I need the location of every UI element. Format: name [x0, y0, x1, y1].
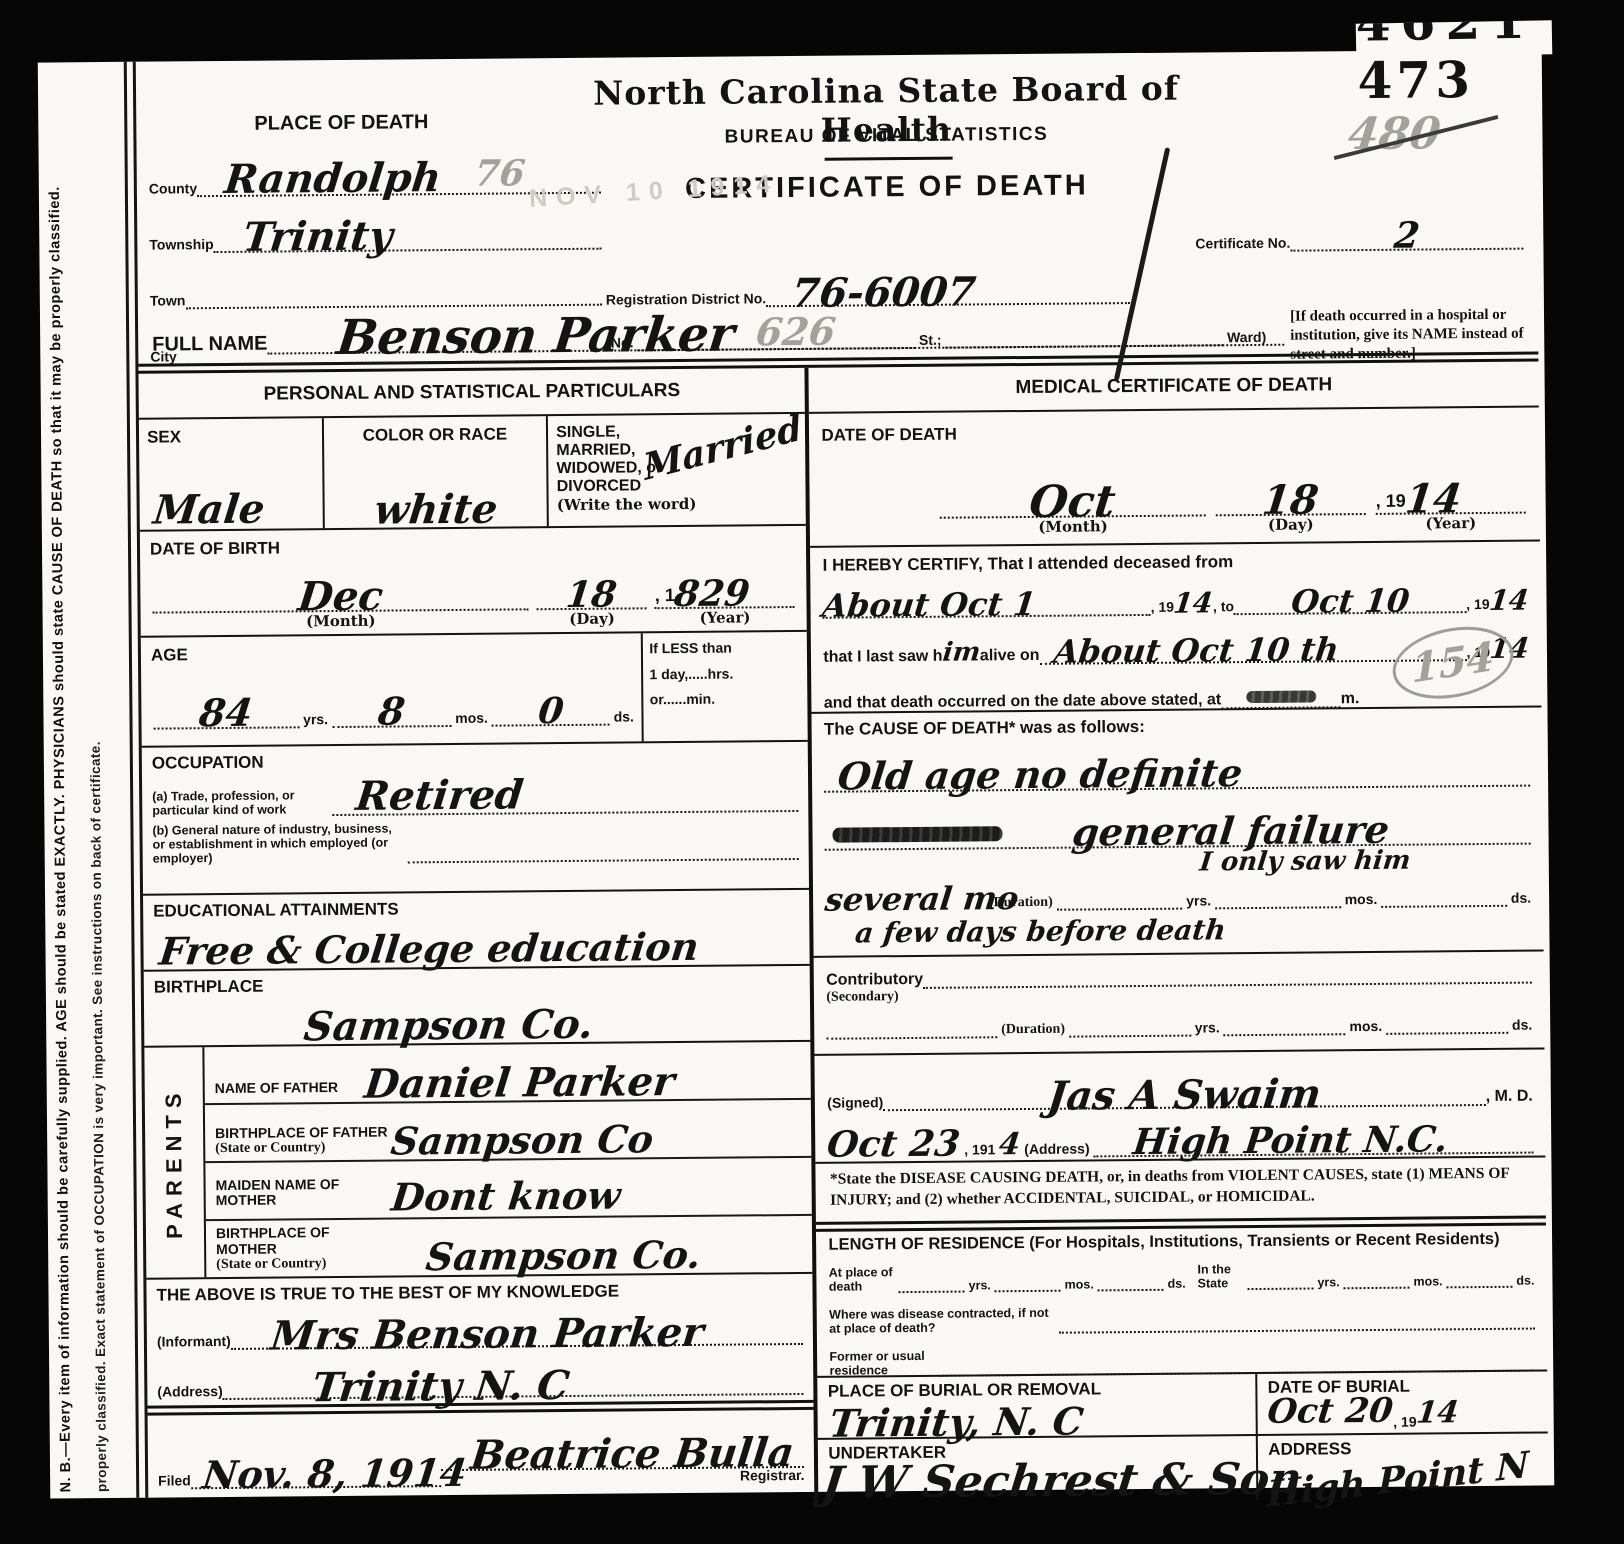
at-place-label: At place of death — [829, 1266, 895, 1295]
education-row: EDUCATIONAL ATTAINMENTS Free & College e… — [143, 890, 810, 972]
undertaker-cell: UNDERTAKER J W Sechrest & Son — [818, 1436, 1256, 1504]
sex-label: SEX — [147, 426, 314, 446]
certificate-no-line: 2 — [1290, 214, 1523, 252]
parents-rows: NAME OF FATHER Daniel Parker BIRTHPLACE … — [204, 1042, 812, 1277]
parents-section: PARENTS NAME OF FATHER Daniel Parker BIR… — [144, 1042, 812, 1280]
struck-out-word — [833, 826, 1003, 842]
father-name-row: NAME OF FATHER Daniel Parker — [204, 1042, 811, 1105]
birthplace-value: Sampson Co. — [302, 1001, 596, 1051]
burial-date-cell: DATE OF BURIAL Oct 20 , 19 14 — [1256, 1371, 1548, 1434]
contracted-label: Where was disease contracted, if not at … — [829, 1306, 1059, 1336]
attended-from-line: About Oct 1 — [823, 584, 1151, 619]
bureau-rule — [825, 157, 953, 161]
full-name-label: FULL NAME — [152, 332, 267, 355]
full-name-value: Benson Parker — [334, 306, 737, 366]
md-label: , M. D. — [1486, 1088, 1533, 1106]
father-state-country-label: (State or Country) — [215, 1140, 391, 1157]
cause-dur-fill2 — [1215, 906, 1341, 909]
from-year-prefix: , 19 — [1151, 600, 1174, 616]
dob-year: 829 — [672, 572, 752, 615]
date-of-death-row: DATE OF DEATH Oct (Month) 18 ( — [809, 408, 1540, 548]
last-saw-hw: im — [941, 637, 982, 667]
township-value: Trinity — [241, 212, 395, 260]
contrib-fill3 — [1386, 1031, 1508, 1034]
age-row: AGE 84 yrs. 8 mos. 0 ds. If LESS than 1 … — [141, 632, 808, 748]
dod-month-line: Oct — [940, 475, 1206, 518]
attest-section: THE ABOVE IS TRUE TO THE BEST OF MY KNOW… — [146, 1274, 813, 1406]
cause-note-1: I only saw him — [1198, 846, 1412, 878]
dob-month-line: Dec — [152, 571, 529, 613]
page-number: 473 — [1357, 50, 1474, 110]
cause-dur-yrs: yrs. — [1186, 894, 1211, 910]
personal-column: PERSONAL AND STATISTICAL PARTICULARS SEX… — [138, 368, 814, 1510]
place-of-death-label: PLACE OF DEATH — [254, 111, 428, 135]
dob-year-cell: , 1 829 (Year) — [655, 572, 795, 627]
cause-dur-ds: ds. — [1511, 891, 1531, 907]
sex-cell: SEX Male — [139, 418, 325, 530]
contributory-duration-row: (Duration) yrs. mos. ds. — [826, 999, 1532, 1039]
informant-value: Mrs Benson Parker — [268, 1309, 706, 1360]
dod-day-cell: 18 (Day) — [1215, 476, 1365, 534]
certificate-no-value: 2 — [1392, 215, 1422, 257]
left-margin: N. B.—Every item of information should b… — [38, 62, 135, 1499]
dob-day-line: 18 — [537, 573, 647, 610]
attended-to-line: Oct 10 — [1234, 581, 1467, 615]
informant-address-line: Trinity N. C — [222, 1360, 803, 1400]
dod-year: 14 — [1403, 475, 1464, 523]
to-word: , to — [1213, 600, 1234, 616]
cause-dur-fill1 — [1057, 908, 1183, 911]
cause-dur-mos: mos. — [1345, 892, 1378, 908]
res-mos1: mos. — [1065, 1278, 1094, 1292]
father-birthplace-label: BIRTHPLACE OF FATHER — [215, 1124, 391, 1141]
sign-date-value: Oct 23 — [825, 1123, 962, 1166]
signed-section: (Signed) Jas A Swaim , M. D. Oct 23 , 19… — [815, 1049, 1546, 1163]
sign-year-value: 4 — [997, 1127, 1022, 1162]
dod-day: 18 — [1260, 476, 1321, 524]
ink-scribble — [1246, 690, 1316, 703]
mother-birthplace-labels: BIRTHPLACE OF MOTHER (State or Country) — [216, 1225, 392, 1278]
or-min-label: or......min. — [650, 691, 802, 708]
occupation-a-row: (a) Trade, profession, or particular kin… — [152, 769, 799, 818]
birthplace-row: BIRTHPLACE Sampson Co. — [144, 966, 811, 1048]
cause-note-2: a few days before death — [854, 913, 1228, 949]
yrs-label: yrs. — [303, 712, 328, 728]
attended-to-value: Oct 10 — [1289, 582, 1411, 621]
cause-duration-line: several mo (Duration) yrs. mos. ds. — [825, 875, 1531, 913]
date-of-death-label: DATE OF DEATH — [821, 425, 957, 445]
cause-line-1: Old age no definite — [824, 733, 1530, 793]
one-day-label: 1 day,.....hrs. — [649, 666, 801, 683]
last-saw-value: About Oct 10 th — [1051, 630, 1340, 671]
if-less-cell: If LESS than 1 day,.....hrs. or......min… — [641, 632, 808, 741]
contrib-ds: ds. — [1512, 1018, 1532, 1034]
dod-month: Oct — [1027, 476, 1118, 528]
contributory-label: Contributory — [826, 971, 923, 990]
dod-year-cell: , 19 14 (Year) — [1375, 475, 1525, 533]
res-ds1: ds. — [1168, 1277, 1186, 1291]
mother-birthplace-label: BIRTHPLACE OF MOTHER — [216, 1225, 392, 1258]
father-birthplace-row: BIRTHPLACE OF FATHER (State or Country) … — [205, 1100, 812, 1163]
burial-year-prefix: , 19 — [1393, 1415, 1416, 1431]
father-name-value: Daniel Parker — [362, 1058, 677, 1108]
margin-note-inner: properly classified. Exact statement of … — [82, 68, 109, 1492]
occupation-b-label: (b) General nature of industry, business… — [152, 821, 407, 865]
cause-line-2: general failure — [825, 787, 1531, 851]
certify-section: I HEREBY CERTIFY, That I attended deceas… — [810, 541, 1541, 713]
undertaker-address-cell: ADDRESS High Point N — [1256, 1433, 1548, 1500]
residence-row-1: At place of death yrs. mos. ds. In the S… — [829, 1248, 1535, 1294]
parents-vertical-label: PARENTS — [144, 1047, 206, 1278]
res-yrs2: yrs. — [1317, 1276, 1339, 1290]
burial-place-cell: PLACE OF BURIAL OR REMOVAL Trinity, N. C — [818, 1374, 1256, 1438]
contracted-row: Where was disease contracted, if not at … — [829, 1288, 1535, 1336]
certificate-no-label: Certificate No. — [1195, 236, 1290, 252]
informant-line: Mrs Benson Parker — [231, 1308, 804, 1350]
registrar-cell: Beatrice Bulla Registrar. — [440, 1429, 804, 1487]
cause-duration-block: I only saw him several mo (Duration) yrs… — [825, 845, 1531, 917]
marital-note: (Write the word) — [557, 494, 798, 514]
to-year-prefix: , 19 — [1466, 597, 1489, 613]
mother-name-label: MAIDEN NAME OF MOTHER — [216, 1176, 392, 1219]
cause-duration-value: several mo — [823, 879, 1021, 919]
death-occurred-label: and that death occurred on the date abov… — [824, 691, 1222, 712]
footnote: *State the DISEASE CAUSING DEATH, or, in… — [816, 1157, 1546, 1221]
burial-date-value: Oct 20 — [1266, 1391, 1396, 1432]
dob-month: Dec — [296, 573, 386, 621]
margin-note-outer: N. B.—Every item of information should b… — [46, 68, 74, 1492]
signed-label: (Signed) — [827, 1096, 883, 1112]
marital-value: Married — [640, 406, 803, 489]
occupation-b-line — [408, 858, 799, 863]
age-yrs: 84 — [197, 690, 255, 736]
form-header: PLACE OF DEATH County Randolph 76 Townsh… — [136, 50, 1539, 364]
mother-name-value: Dont know — [389, 1173, 623, 1220]
age-label: AGE — [151, 645, 188, 664]
certificate-no-row: Certificate No. 2 — [1195, 214, 1523, 253]
township-label: Township — [149, 237, 213, 253]
age-ds-line: 0 — [492, 690, 610, 727]
signed-row: (Signed) Jas A Swaim , M. D. — [827, 1054, 1533, 1112]
town-label: Town — [150, 294, 186, 310]
education-value: Free & College education — [157, 924, 701, 974]
contrib-yrs: yrs. — [1195, 1020, 1220, 1036]
personal-title: PERSONAL AND STATISTICAL PARTICULARS — [263, 380, 680, 405]
dob-row: DATE OF BIRTH Dec (Month) 18 ( — [140, 526, 807, 638]
full-name-line: Benson Parker 626 — [267, 302, 1284, 355]
county-value: Randolph — [222, 154, 443, 203]
parents-label-text: PARENTS — [161, 1086, 188, 1239]
age-mos-line: 8 — [332, 688, 452, 728]
contrib-duration-label: (Duration) — [1001, 1022, 1065, 1038]
contrib-fill2 — [1224, 1033, 1346, 1036]
race-value: white — [372, 486, 500, 534]
race-cell: COLOR OR RACE white — [323, 416, 549, 528]
undertaker-address-label: ADDRESS — [1268, 1439, 1351, 1459]
age-cell: AGE 84 yrs. 8 mos. 0 ds. — [141, 633, 642, 745]
sex-value: Male — [151, 485, 317, 533]
filed-date-value: Nov. 8, 1914 — [200, 1450, 469, 1497]
from-year-value: 14 — [1172, 586, 1215, 619]
father-birthplace-value: Sampson Co — [389, 1116, 656, 1163]
signed-line: Jas A Swaim — [883, 1069, 1486, 1111]
res-mos2: mos. — [1413, 1275, 1442, 1289]
contributory-section: Contributory (Secondary) (Duration) yrs.… — [814, 951, 1544, 1055]
dod-year-line: , 19 14 — [1375, 475, 1525, 515]
township-line: Trinity — [213, 211, 601, 253]
informant-label: (Informant) — [157, 1334, 231, 1350]
cause-dur-fill3 — [1381, 905, 1507, 908]
res-ds2: ds. — [1516, 1274, 1534, 1288]
dob-day: 18 — [564, 574, 619, 616]
medical-title: MEDICAL CERTIFICATE OF DEATH — [1015, 375, 1332, 399]
partial-number: 4621 — [1356, 20, 1552, 52]
last-saw-pre: that I last saw h — [823, 648, 942, 667]
medical-column: MEDICAL CERTIFICATE OF DEATH DATE OF DEA… — [805, 362, 1548, 1504]
medical-title-row: MEDICAL CERTIFICATE OF DEATH — [809, 362, 1539, 414]
occupation-a-value: Retired — [353, 771, 525, 820]
sex-race-marital-row: SEX Male COLOR OR RACE white SINGLE, MAR… — [139, 414, 806, 532]
informant-address-label: (Address) — [157, 1384, 222, 1400]
dob-year-line: , 1 829 — [655, 572, 795, 609]
undertaker-value: J W Sechrest & Son — [820, 1454, 1305, 1509]
sign-address-label: (Address) — [1024, 1142, 1089, 1158]
burial-row-1: PLACE OF BURIAL OR REMOVAL Trinity, N. C… — [818, 1371, 1548, 1439]
dob-day-cell: 18 (Day) — [537, 573, 647, 628]
in-state-label: In the State — [1197, 1263, 1243, 1291]
mother-name-row: MAIDEN NAME OF MOTHER Dont know — [205, 1158, 812, 1221]
dod-year-prefix: , 19 — [1376, 491, 1406, 511]
contrib-fill0 — [827, 1036, 998, 1039]
dod-fields: Oct (Month) 18 (Day) , 19 — [940, 473, 1526, 537]
form-body: PERSONAL AND STATISTICAL PARTICULARS SEX… — [138, 362, 1548, 1510]
burial-section: PLACE OF BURIAL OR REMOVAL Trinity, N. C… — [818, 1371, 1549, 1503]
occupation-a-line: Retired — [332, 769, 799, 816]
occupation-row: OCCUPATION (a) Trade, profession, or par… — [142, 742, 810, 896]
filed-date-line: Nov. 8, 1914 — [191, 1450, 441, 1489]
physician-signature: Jas A Swaim — [1045, 1070, 1323, 1119]
father-birthplace-labels: BIRTHPLACE OF FATHER (State or Country) — [215, 1124, 391, 1161]
burial-place-label: PLACE OF BURIAL OR REMOVAL — [828, 1379, 1101, 1400]
certificate-form: PLACE OF DEATH County Randolph 76 Townsh… — [133, 50, 1548, 1498]
former-label: Former or usual residence — [829, 1349, 939, 1378]
contributory-row: Contributory — [826, 954, 1532, 990]
age-ds: 0 — [536, 690, 566, 732]
sign-year-prefix: , 191 — [964, 1143, 995, 1159]
county-label: County — [149, 182, 197, 198]
contrib-mos: mos. — [1349, 1019, 1382, 1035]
contrib-fill1 — [1069, 1034, 1191, 1037]
county-pencil-number: 76 — [473, 152, 528, 194]
age-fields: 84 yrs. 8 mos. 0 ds. — [153, 686, 634, 729]
sign-address-value: High Point N.C. — [1131, 1118, 1450, 1163]
scanned-death-certificate: { "printed": { "month": "(Month)", "day"… — [0, 0, 1624, 1544]
sign-address-line: High Point N.C. — [1093, 1118, 1533, 1158]
registration-district-line: 76-6007 — [766, 267, 1130, 307]
informant-row: (Informant) Mrs Benson Parker — [157, 1299, 804, 1351]
mos-label: mos. — [455, 711, 488, 727]
dob-month-cell: Dec (Month) — [152, 571, 529, 631]
burial-date-line: Oct 20 , 19 14 — [1268, 1390, 1538, 1432]
dod-day-line: 18 — [1215, 476, 1365, 516]
dob-year-printed-prefix: , 1 — [655, 585, 675, 605]
dob-label: DATE OF BIRTH — [150, 538, 280, 558]
ds-label: ds. — [614, 710, 634, 726]
informant-address-value: Trinity N. C — [310, 1362, 572, 1411]
personal-title-row: PERSONAL AND STATISTICAL PARTICULARS — [138, 368, 805, 420]
education-label: EDUCATIONAL ATTAINMENTS — [153, 899, 399, 920]
mother-state-country-label: (State or Country) — [216, 1256, 392, 1273]
mother-birthplace-value: Sampson Co. — [424, 1232, 704, 1279]
alive-on-label: alive on — [980, 647, 1040, 665]
registration-district-row: Registration District No. 76-6007 — [606, 267, 1130, 309]
full-name-pencil-number: 626 — [754, 309, 838, 355]
res-yrs1: yrs. — [969, 1279, 991, 1293]
former-residence-row: Former or usual residence — [829, 1330, 1535, 1378]
race-label: COLOR OR RACE — [332, 424, 539, 445]
burial-year-value: 14 — [1414, 1395, 1460, 1430]
dob-fields: Dec (Month) 18 (Day) , 1 — [152, 569, 795, 632]
m-label: m. — [1341, 690, 1360, 708]
filed-row: Filed Nov. 8, 1914 Beatrice Bulla Regist… — [148, 1410, 815, 1496]
marital-cell: SINGLE, MARRIED, WIDOWED, or DIVORCED (W… — [548, 414, 806, 526]
death-occurred-line — [1221, 690, 1341, 709]
father-name-label: NAME OF FATHER — [215, 1080, 365, 1103]
occupation-a-label: (a) Trade, profession, or particular kin… — [152, 788, 332, 818]
burial-row-2: UNDERTAKER J W Sechrest & Son ADDRESS Hi… — [818, 1433, 1548, 1503]
if-less-label: If LESS than — [649, 640, 801, 657]
to-year-value: 14 — [1488, 584, 1531, 617]
age-mos: 8 — [376, 688, 408, 733]
filed-label: Filed — [158, 1474, 191, 1490]
registrar-line: Beatrice Bulla — [440, 1429, 804, 1471]
attended-from-value: About Oct 1 — [821, 585, 1039, 625]
registrar-signature: Beatrice Bulla — [468, 1429, 796, 1479]
certificate-page: N. B.—Every item of information should b… — [38, 49, 1554, 1498]
crossed-out-number: 480 — [1346, 108, 1444, 160]
birthplace-label: BIRTHPLACE — [154, 977, 264, 997]
attended-row: About Oct 1 , 19 14 , to Oct 10 , 19 14 — [823, 569, 1529, 619]
age-yrs-line: 84 — [153, 689, 299, 729]
cause-of-death-section: The CAUSE OF DEATH* was as follows: Old … — [812, 707, 1544, 957]
mother-birthplace-row: BIRTHPLACE OF MOTHER (State or Country) … — [206, 1216, 813, 1277]
occupation-b-row: (b) General nature of industry, business… — [152, 818, 799, 866]
dod-month-cell: Oct (Month) — [940, 475, 1206, 536]
residence-section: LENGTH OF RESIDENCE (For Hospitals, Inst… — [816, 1225, 1547, 1377]
